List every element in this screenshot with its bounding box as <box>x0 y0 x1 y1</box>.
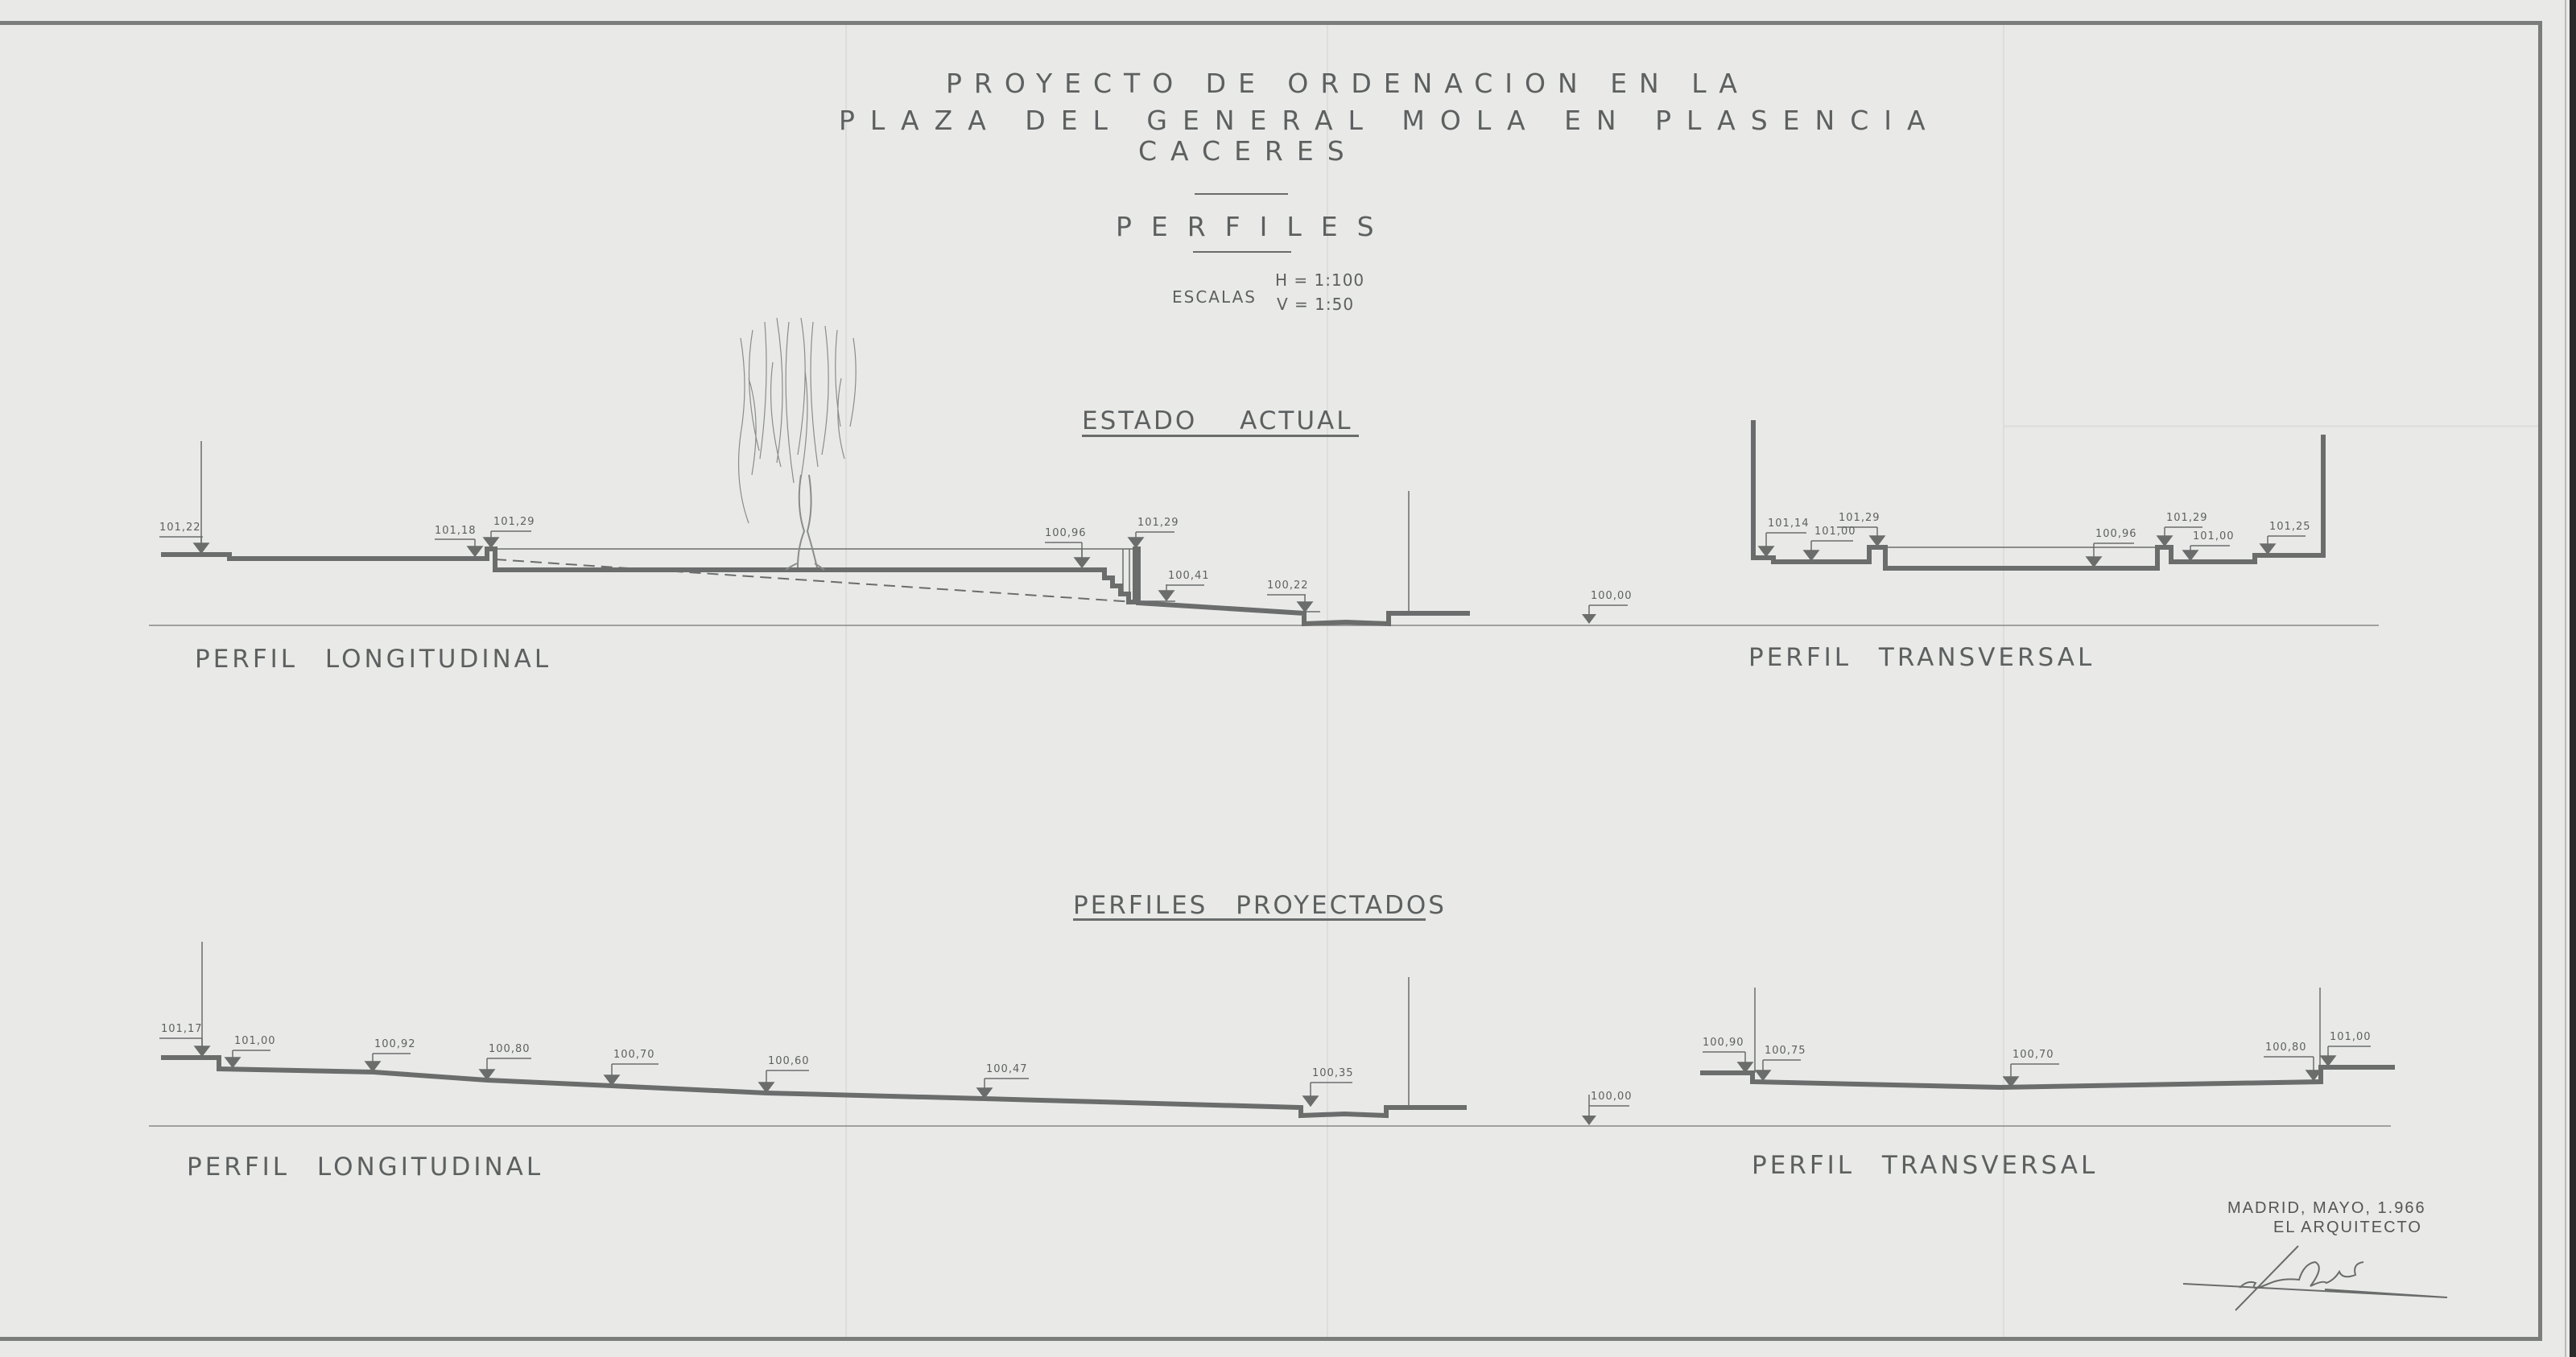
level-value: 101,00 <box>2193 530 2235 542</box>
level-value: 100,90 <box>1703 1037 1744 1049</box>
level-value: 101,22 <box>159 522 201 534</box>
level-value: 100,60 <box>768 1055 810 1067</box>
level-value: 101,29 <box>493 516 535 528</box>
level-markers <box>159 527 2371 1106</box>
level-value: 101,29 <box>2166 512 2208 524</box>
drawing-sheet: PROYECTO DE ORDENACION EN LA PLAZA DEL G… <box>0 0 2576 1357</box>
level-value: 101,00 <box>1814 526 1856 538</box>
level-value: 101,00 <box>2330 1031 2372 1043</box>
level-value: 100,35 <box>1312 1067 1354 1079</box>
level-value: 100,96 <box>2095 528 2137 540</box>
datum-marker-current <box>1582 605 1628 624</box>
projected-transversal-profile <box>1700 988 2395 1087</box>
current-longitudinal-profile <box>149 441 2379 625</box>
level-value: 100,75 <box>1765 1045 1806 1057</box>
tree-sketch <box>739 318 857 570</box>
projected-longitudinal-profile <box>149 942 2391 1126</box>
level-value: 101,17 <box>161 1023 203 1035</box>
level-value: 101,18 <box>435 525 477 537</box>
level-value: 101,00 <box>234 1035 276 1047</box>
level-value: 100,47 <box>986 1063 1028 1075</box>
level-value: 100,41 <box>1168 570 1210 582</box>
level-value: 101,29 <box>1137 517 1179 529</box>
datum-value: 100,00 <box>1591 590 1633 602</box>
level-value: 100,22 <box>1267 580 1309 592</box>
level-value: 101,25 <box>2269 521 2311 533</box>
level-value: 100,70 <box>2013 1049 2054 1061</box>
level-value: 100,96 <box>1045 527 1087 539</box>
level-value: 100,80 <box>489 1043 530 1055</box>
level-value: 101,29 <box>1839 512 1880 524</box>
level-value: 100,70 <box>613 1049 655 1061</box>
level-value: 100,80 <box>2265 1041 2307 1054</box>
level-value: 100,92 <box>374 1038 416 1050</box>
datum-value: 100,00 <box>1591 1091 1633 1103</box>
current-transversal-profile <box>1753 420 2323 568</box>
architect-signature <box>2183 1246 2447 1310</box>
profiles-drawing <box>0 0 2576 1357</box>
level-value: 101,14 <box>1768 518 1810 530</box>
